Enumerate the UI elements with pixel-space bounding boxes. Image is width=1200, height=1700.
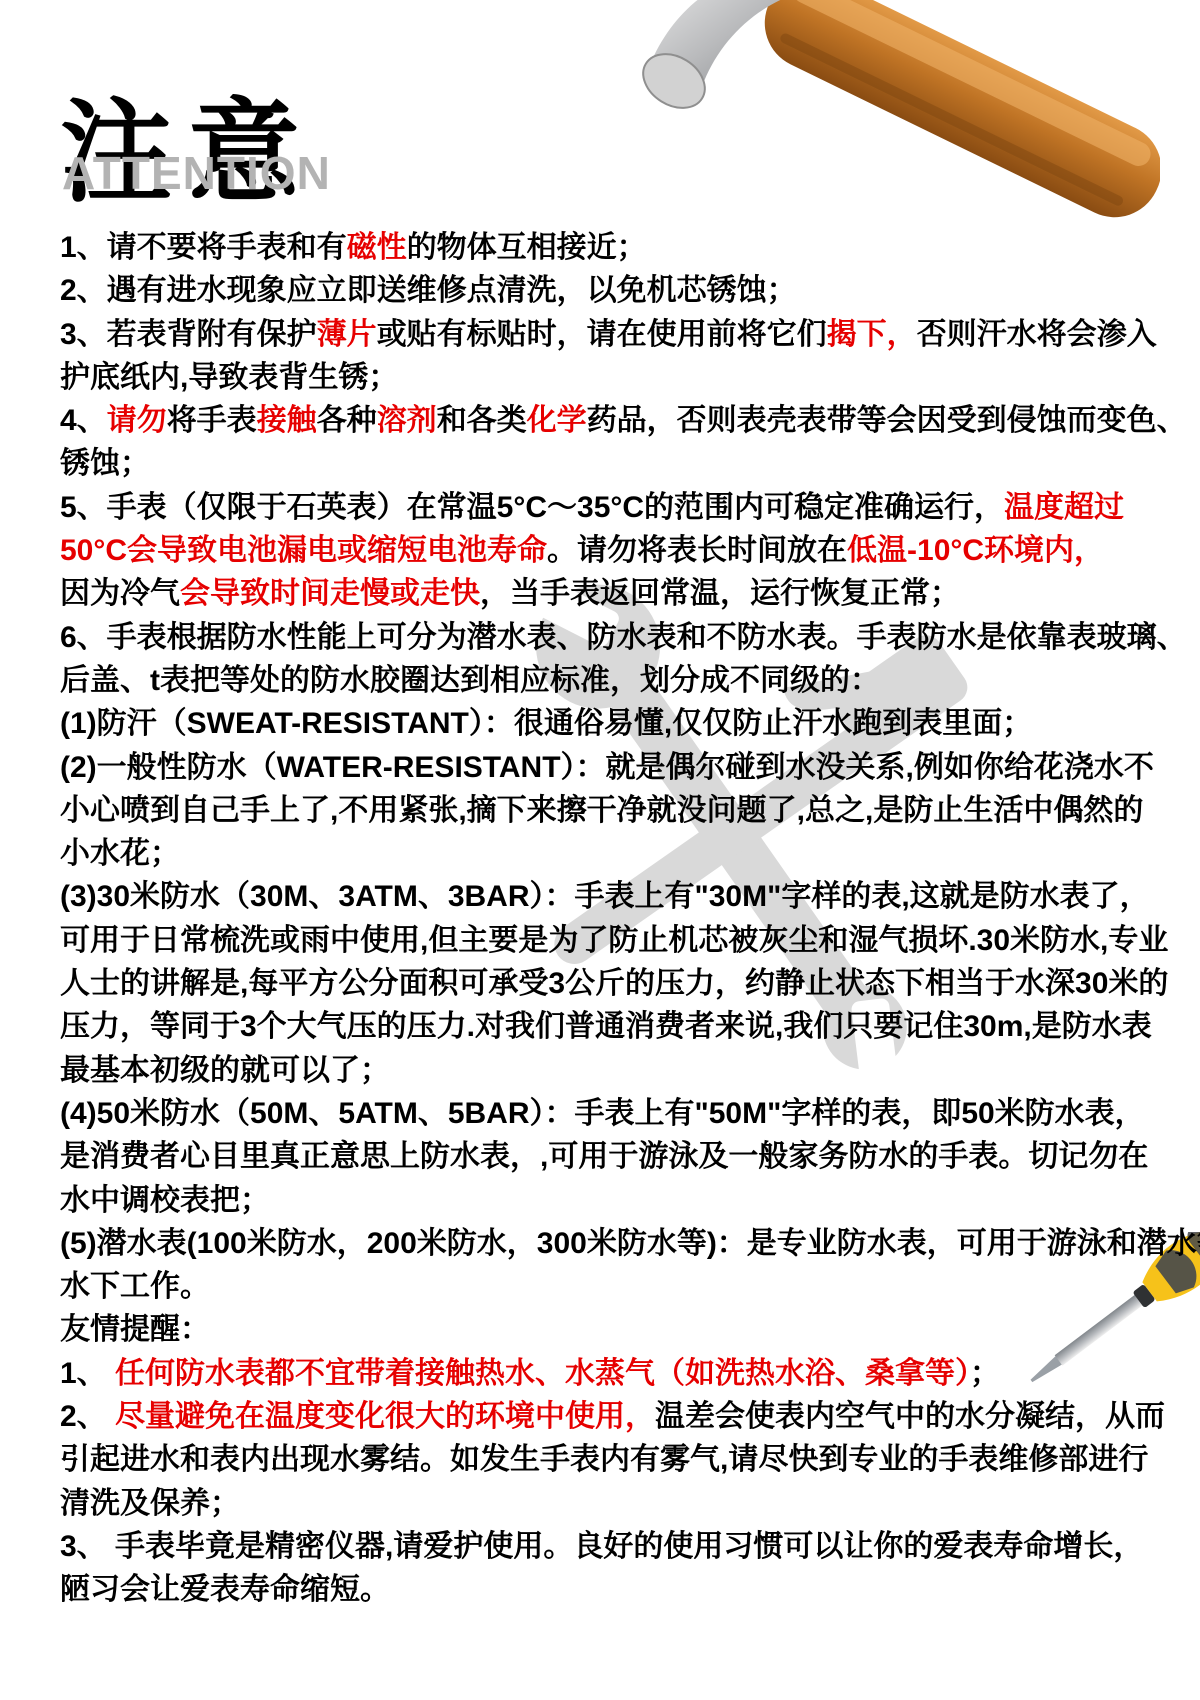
text-segment: (5)潜水表(100米防水，200米防水，300米防水等)：是专业防水表，可用于… [60, 1227, 1200, 1260]
text-line: 5、手表（仅限于石英表）在常温5°C～35°C的范围内可稳定准确运行，温度超过 [60, 486, 1200, 529]
text-segment: 水下工作。 [60, 1270, 210, 1303]
text-segment: 引起进水和表内出现水雾结。如发生手表内有雾气,请尽快到专业的手表维修部进行 [60, 1443, 1148, 1476]
text-segment: 小水花； [60, 837, 180, 870]
text-segment: 锈蚀； [60, 447, 150, 480]
text-segment: (2)一般性防水（WATER-RESISTANT）：就是偶尔碰到水没关系,例如你… [60, 751, 1154, 784]
text-line: 是消费者心目里真正意思上防水表，,可用于游泳及一般家务防水的手表。切记勿在 [60, 1135, 1200, 1178]
text-line: 小水花； [60, 832, 1200, 875]
text-segment: 1、 [60, 1357, 115, 1390]
text-line: 引起进水和表内出现水雾结。如发生手表内有雾气,请尽快到专业的手表维修部进行 [60, 1438, 1200, 1481]
page-subtitle: ATTENTION [62, 146, 331, 200]
text-line: (3)30米防水（30M、3ATM、3BAR）：手表上有"30M"字样的表,这就… [60, 875, 1200, 918]
text-segment: 各种 [317, 404, 377, 437]
text-segment: ，当手表返回常温，运行恢复正常； [480, 577, 960, 610]
text-line: (5)潜水表(100米防水，200米防水，300米防水等)：是专业防水表，可用于… [60, 1222, 1200, 1265]
text-line: 6、手表根据防水性能上可分为潜水表、防水表和不防水表。手表防水是依靠表玻璃、 [60, 616, 1200, 659]
text-line: 2、 尽量避免在温度变化很大的环境中使用，温差会使表内空气中的水分凝结，从而 [60, 1395, 1200, 1438]
text-segment-red: 会导致时间走慢或走快 [180, 577, 480, 610]
text-segment-red: 薄片 [317, 318, 377, 351]
text-line: 后盖、t表把等处的防水胶圈达到相应标准，划分成不同级的： [60, 659, 1200, 702]
text-segment-red: 任何防水表都不宜带着接触热水、水蒸气（如洗热水浴、桑拿等） [115, 1357, 970, 1390]
text-segment: 清洗及保养； [60, 1487, 240, 1520]
text-segment: 2、遇有进水现象应立即送维修点清洗，以免机芯锈蚀； [60, 274, 797, 307]
text-segment-red: 50°C会导致电池漏电或缩短电池寿命 [60, 534, 547, 567]
text-segment: 。请勿将表长时间放在 [547, 534, 847, 567]
text-segment: 和各类 [437, 404, 527, 437]
text-segment: 因为冷气 [60, 577, 180, 610]
text-line: 人士的讲解是,每平方公分面积可承受3公斤的压力，约静止状态下相当于水深30米的 [60, 962, 1200, 1005]
text-segment: 可用于日常梳洗或雨中使用,但主要是为了防止机芯被灰尘和湿气损坏.30米防水,专业 [60, 924, 1168, 957]
text-line: 50°C会导致电池漏电或缩短电池寿命。请勿将表长时间放在低温-10°C环境内， [60, 529, 1200, 572]
text-line: 友情提醒： [60, 1308, 1200, 1351]
text-segment-red: 尽量避免在温度变化很大的环境中使用， [115, 1400, 655, 1433]
text-segment: 4、 [60, 404, 107, 437]
text-segment: 否则汗水将会渗入 [917, 318, 1157, 351]
text-line: 1、请不要将手表和有磁性的物体互相接近； [60, 226, 1200, 269]
text-segment: (4)50米防水（50M、5ATM、5BAR）：手表上有"50M"字样的表，即5… [60, 1097, 1145, 1130]
text-line: 锈蚀； [60, 442, 1200, 485]
text-segment: 友情提醒： [60, 1313, 210, 1346]
text-segment-red: 温度超过 [1004, 491, 1124, 524]
text-line: (2)一般性防水（WATER-RESISTANT）：就是偶尔碰到水没关系,例如你… [60, 746, 1200, 789]
text-segment: (1)防汗（SWEAT-RESISTANT）：很通俗易懂,仅仅防止汗水跑到表里面… [60, 707, 1032, 740]
text-segment: 护底纸内,导致表背生锈； [60, 361, 398, 394]
text-segment: 人士的讲解是,每平方公分面积可承受3公斤的压力，约静止状态下相当于水深30米的 [60, 967, 1168, 1000]
text-segment: 小心喷到自己手上了,不用紧张,摘下来擦干净就没问题了,总之,是防止生活中偶然的 [60, 794, 1143, 827]
text-segment-red: 接触 [257, 404, 317, 437]
text-line: (1)防汗（SWEAT-RESISTANT）：很通俗易懂,仅仅防止汗水跑到表里面… [60, 702, 1200, 745]
text-segment: 将手表 [167, 404, 257, 437]
text-line: 护底纸内,导致表背生锈； [60, 356, 1200, 399]
text-segment: ； [970, 1357, 1000, 1390]
text-segment-red: 低温-10°C环境内， [847, 534, 1104, 567]
text-line: 小心喷到自己手上了,不用紧张,摘下来擦干净就没问题了,总之,是防止生活中偶然的 [60, 789, 1200, 832]
text-segment: 陋习会让爱表寿命缩短。 [60, 1573, 390, 1606]
text-segment: 最基本初级的就可以了； [60, 1054, 390, 1087]
text-segment: 药品，否则表壳表带等会因受到侵蚀而变色、 [587, 404, 1187, 437]
text-segment-red: 揭下， [827, 318, 917, 351]
text-segment: 水中调校表把； [60, 1184, 270, 1217]
text-line: 可用于日常梳洗或雨中使用,但主要是为了防止机芯被灰尘和湿气损坏.30米防水,专业 [60, 919, 1200, 962]
text-segment: 3、若表背附有保护 [60, 318, 317, 351]
text-segment: (3)30米防水（30M、3ATM、3BAR）：手表上有"30M"字样的表,这就… [60, 880, 1150, 913]
text-segment: 2、 [60, 1400, 115, 1433]
text-line: 清洗及保养； [60, 1482, 1200, 1525]
text-line: 水中调校表把； [60, 1179, 1200, 1222]
text-segment: 压力，等同于3个大气压的压力.对我们普通消费者来说,我们只要记住30m,是防水表 [60, 1010, 1152, 1043]
text-line: 压力，等同于3个大气压的压力.对我们普通消费者来说,我们只要记住30m,是防水表 [60, 1005, 1200, 1048]
text-line: 2、遇有进水现象应立即送维修点清洗，以免机芯锈蚀； [60, 269, 1200, 312]
text-segment: 6、手表根据防水性能上可分为潜水表、防水表和不防水表。手表防水是依靠表玻璃、 [60, 621, 1187, 654]
text-line: 3、 手表毕竟是精密仪器,请爱护使用。良好的使用习惯可以让你的爱表寿命增长， [60, 1525, 1200, 1568]
attention-notice-page: 注意 ATTENTION 1、请不要将手表和有磁性的物体互相接近；2、遇有进水现… [0, 0, 1200, 1700]
text-segment: 后盖、t表把等处的防水胶圈达到相应标准，划分成不同级的： [60, 664, 880, 697]
text-segment: 1、请不要将手表和有 [60, 231, 347, 264]
text-line: 水下工作。 [60, 1265, 1200, 1308]
text-line: 4、请勿将手表接触各种溶剂和各类化学药品，否则表壳表带等会因受到侵蚀而变色、 [60, 399, 1200, 442]
body-lines: 1、请不要将手表和有磁性的物体互相接近；2、遇有进水现象应立即送维修点清洗，以免… [60, 226, 1200, 1612]
text-segment-red: 溶剂 [377, 404, 437, 437]
text-line: 陋习会让爱表寿命缩短。 [60, 1568, 1200, 1611]
text-segment: 或贴有标贴时，请在使用前将它们 [377, 318, 827, 351]
text-line: 3、若表背附有保护薄片或贴有标贴时，请在使用前将它们揭下，否则汗水将会渗入 [60, 313, 1200, 356]
text-line: 最基本初级的就可以了； [60, 1049, 1200, 1092]
text-segment: 是消费者心目里真正意思上防水表，,可用于游泳及一般家务防水的手表。切记勿在 [60, 1140, 1148, 1173]
hammer-image [600, 0, 1160, 225]
text-line: 因为冷气会导致时间走慢或走快，当手表返回常温，运行恢复正常； [60, 572, 1200, 615]
text-segment: 温差会使表内空气中的水分凝结，从而 [655, 1400, 1165, 1433]
text-segment: 3、 手表毕竟是精密仪器,请爱护使用。良好的使用习惯可以让你的爱表寿命增长， [60, 1530, 1143, 1563]
hammer-handle [749, 0, 1160, 225]
text-segment-red: 化学 [527, 404, 587, 437]
text-segment: 5、手表（仅限于石英表）在常温5°C～35°C的范围内可稳定准确运行， [60, 491, 1004, 524]
text-line: (4)50米防水（50M、5ATM、5BAR）：手表上有"50M"字样的表，即5… [60, 1092, 1200, 1135]
text-segment: 的物体互相接近； [407, 231, 647, 264]
text-segment-red: 磁性 [347, 231, 407, 264]
text-line: 1、 任何防水表都不宜带着接触热水、水蒸气（如洗热水浴、桑拿等）； [60, 1352, 1200, 1395]
text-segment-red: 请勿 [107, 404, 167, 437]
